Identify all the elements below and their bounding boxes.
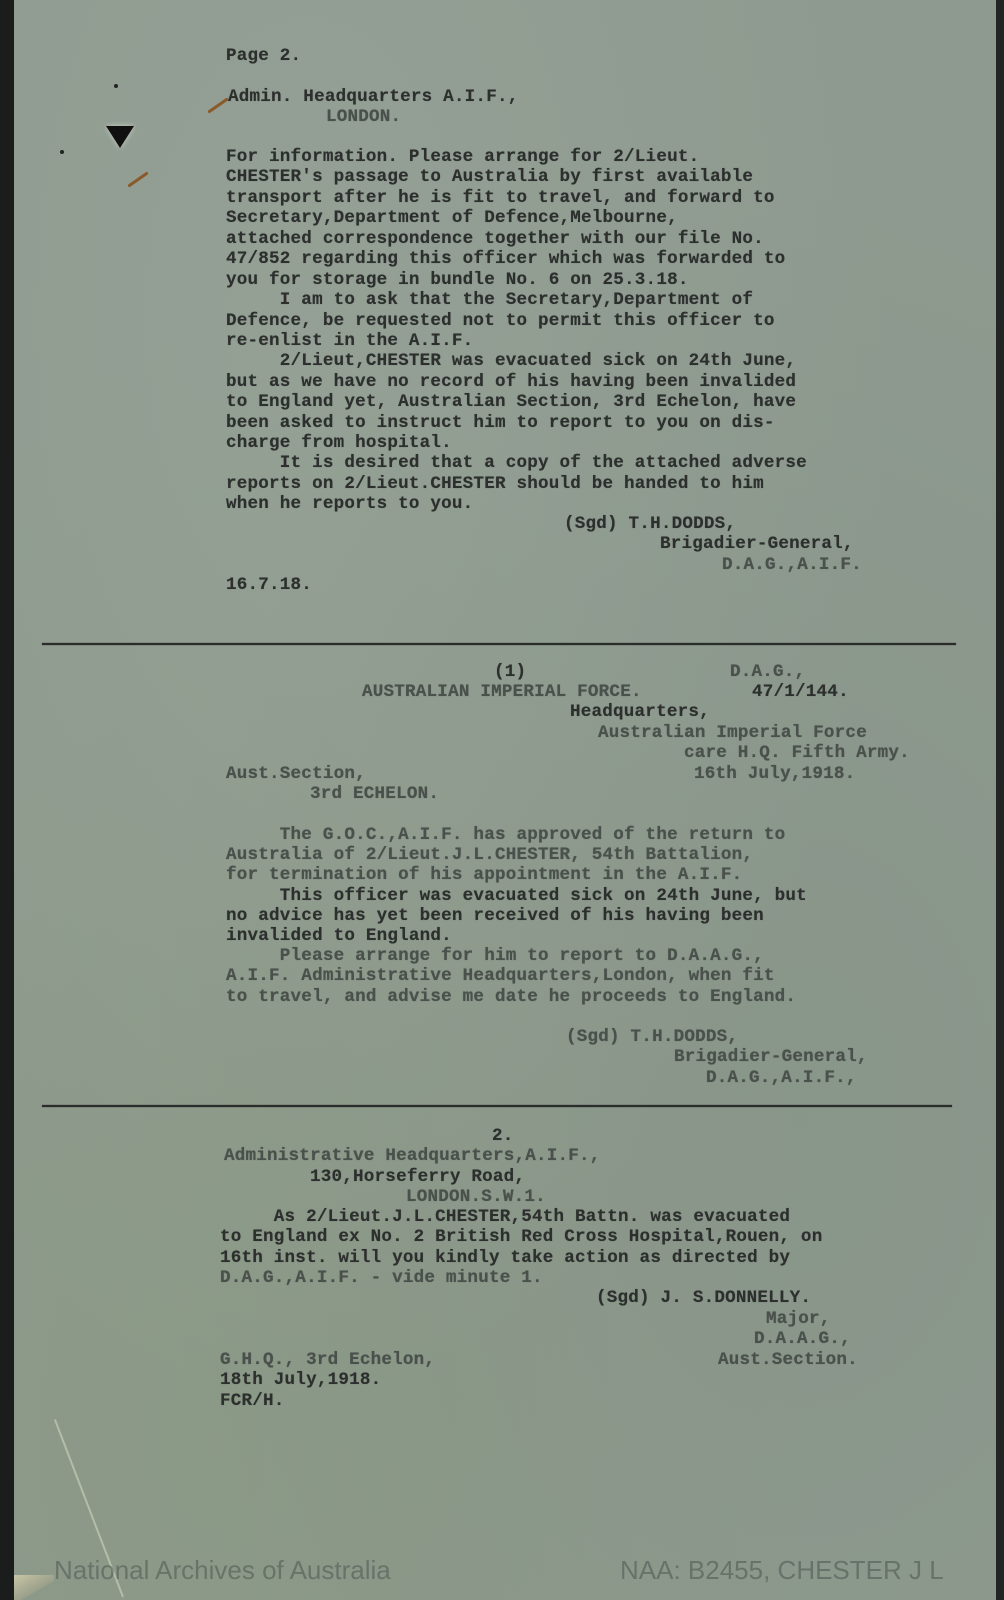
ink-speck xyxy=(60,150,64,154)
pin-rust-mark xyxy=(127,171,148,187)
to-line: 130,Horseferry Road, xyxy=(310,1167,525,1187)
minute-date: 16th July,1918. xyxy=(694,764,855,784)
signatory-section: Aust.Section. xyxy=(718,1350,858,1370)
body-line: transport after he is fit to travel, and… xyxy=(226,188,775,208)
body-line: 2/Lieut,CHESTER was evacuated sick on 24… xyxy=(226,351,796,371)
body-line: when he reports to you. xyxy=(226,494,473,514)
body-line: D.A.G.,A.I.F. - vide minute 1. xyxy=(220,1268,543,1288)
from-line: Australian Imperial Force xyxy=(598,723,867,743)
signatory-rank: Brigadier-General, xyxy=(660,534,854,554)
punch-hole-mark xyxy=(106,126,134,148)
addressee-line: LONDON. xyxy=(326,107,401,127)
letterhead-heading: AUSTRALIAN IMPERIAL FORCE. xyxy=(362,682,642,702)
body-line: re-enlist in the A.I.F. xyxy=(226,331,473,351)
body-line: no advice has yet been received of his h… xyxy=(226,906,764,926)
from-line: G.H.Q., 3rd Echelon, xyxy=(220,1350,435,1370)
body-line: The G.O.C.,A.I.F. has approved of the re… xyxy=(226,825,785,845)
reference-label: D.A.G., xyxy=(730,662,805,682)
body-line: Defence, be requested not to permit this… xyxy=(226,311,775,331)
from-line: care H.Q. Fifth Army. xyxy=(684,743,910,763)
body-line: For information. Please arrange for 2/Li… xyxy=(226,147,699,167)
body-line: 16th inst. will you kindly take action a… xyxy=(220,1248,790,1268)
ink-speck xyxy=(114,84,118,88)
body-line: attached correspondence together with ou… xyxy=(226,229,764,249)
document-page: Page 2. Admin. Headquarters A.I.F., LOND… xyxy=(14,0,996,1600)
body-line: CHESTER's passage to Australia by first … xyxy=(226,167,753,187)
body-line: Secretary,Department of Defence,Melbourn… xyxy=(226,208,678,228)
signature: (Sgd) J. S.DONNELLY. xyxy=(596,1288,811,1308)
to-line: LONDON.S.W.1. xyxy=(406,1187,546,1207)
body-line: reports on 2/Lieut.CHESTER should be han… xyxy=(226,474,764,494)
scan-edge xyxy=(996,0,1004,1600)
body-line: This officer was evacuated sick on 24th … xyxy=(226,886,807,906)
body-line: for termination of his appointment in th… xyxy=(226,865,742,885)
addressee-line: Admin. Headquarters A.I.F., xyxy=(228,87,518,107)
section-divider xyxy=(42,1105,952,1107)
to-line: Aust.Section, xyxy=(226,764,366,784)
archive-watermark-right: NAA: B2455, CHESTER J L xyxy=(620,1555,944,1586)
body-line: 47/852 regarding this officer which was … xyxy=(226,249,785,269)
body-line: As 2/Lieut.J.L.CHESTER,54th Battn. was e… xyxy=(220,1207,790,1227)
minute-date: 16.7.18. xyxy=(226,575,312,595)
signature: (Sgd) T.H.DODDS, xyxy=(566,1027,738,1047)
folded-corner xyxy=(14,1575,54,1600)
section-divider xyxy=(42,643,956,645)
minute-date: 18th July,1918. xyxy=(220,1370,381,1390)
minute-number: 2. xyxy=(492,1126,514,1146)
to-line: Administrative Headquarters,A.I.F., xyxy=(224,1146,601,1166)
body-line: invalided to England. xyxy=(226,926,452,946)
signatory-title: D.A.G.,A.I.F., xyxy=(706,1068,857,1088)
body-line: been asked to instruct him to report to … xyxy=(226,413,775,433)
body-line: to travel, and advise me date he proceed… xyxy=(226,987,796,1007)
signatory-title: D.A.G.,A.I.F. xyxy=(722,555,862,575)
from-line: Headquarters, xyxy=(570,702,710,722)
body-line: Please arrange for him to report to D.A.… xyxy=(226,946,764,966)
body-line: I am to ask that the Secretary,Departmen… xyxy=(226,290,753,310)
reference-number: 47/1/144. xyxy=(752,682,849,702)
signatory-title: D.A.A.G., xyxy=(754,1329,851,1349)
typist-initials: FCR/H. xyxy=(220,1391,285,1411)
body-line: you for storage in bundle No. 6 on 25.3.… xyxy=(226,270,689,290)
signature: (Sgd) T.H.DODDS, xyxy=(564,514,736,534)
body-line: Australia of 2/Lieut.J.L.CHESTER, 54th B… xyxy=(226,845,753,865)
body-line: to England yet, Australian Section, 3rd … xyxy=(226,392,796,412)
body-line: but as we have no record of his having b… xyxy=(226,372,796,392)
pin-rust-mark xyxy=(207,97,228,113)
body-line: charge from hospital. xyxy=(226,433,452,453)
minute-number: (1) xyxy=(494,662,526,682)
to-line: 3rd ECHELON. xyxy=(310,784,439,804)
signatory-rank: Brigadier-General, xyxy=(674,1047,868,1067)
archive-watermark-left: National Archives of Australia xyxy=(54,1555,391,1586)
body-line: A.I.F. Administrative Headquarters,Londo… xyxy=(226,966,775,986)
body-line: It is desired that a copy of the attache… xyxy=(226,453,807,473)
page-label: Page 2. xyxy=(226,46,301,66)
body-line: to England ex No. 2 British Red Cross Ho… xyxy=(220,1227,822,1247)
signatory-rank: Major, xyxy=(766,1309,831,1329)
